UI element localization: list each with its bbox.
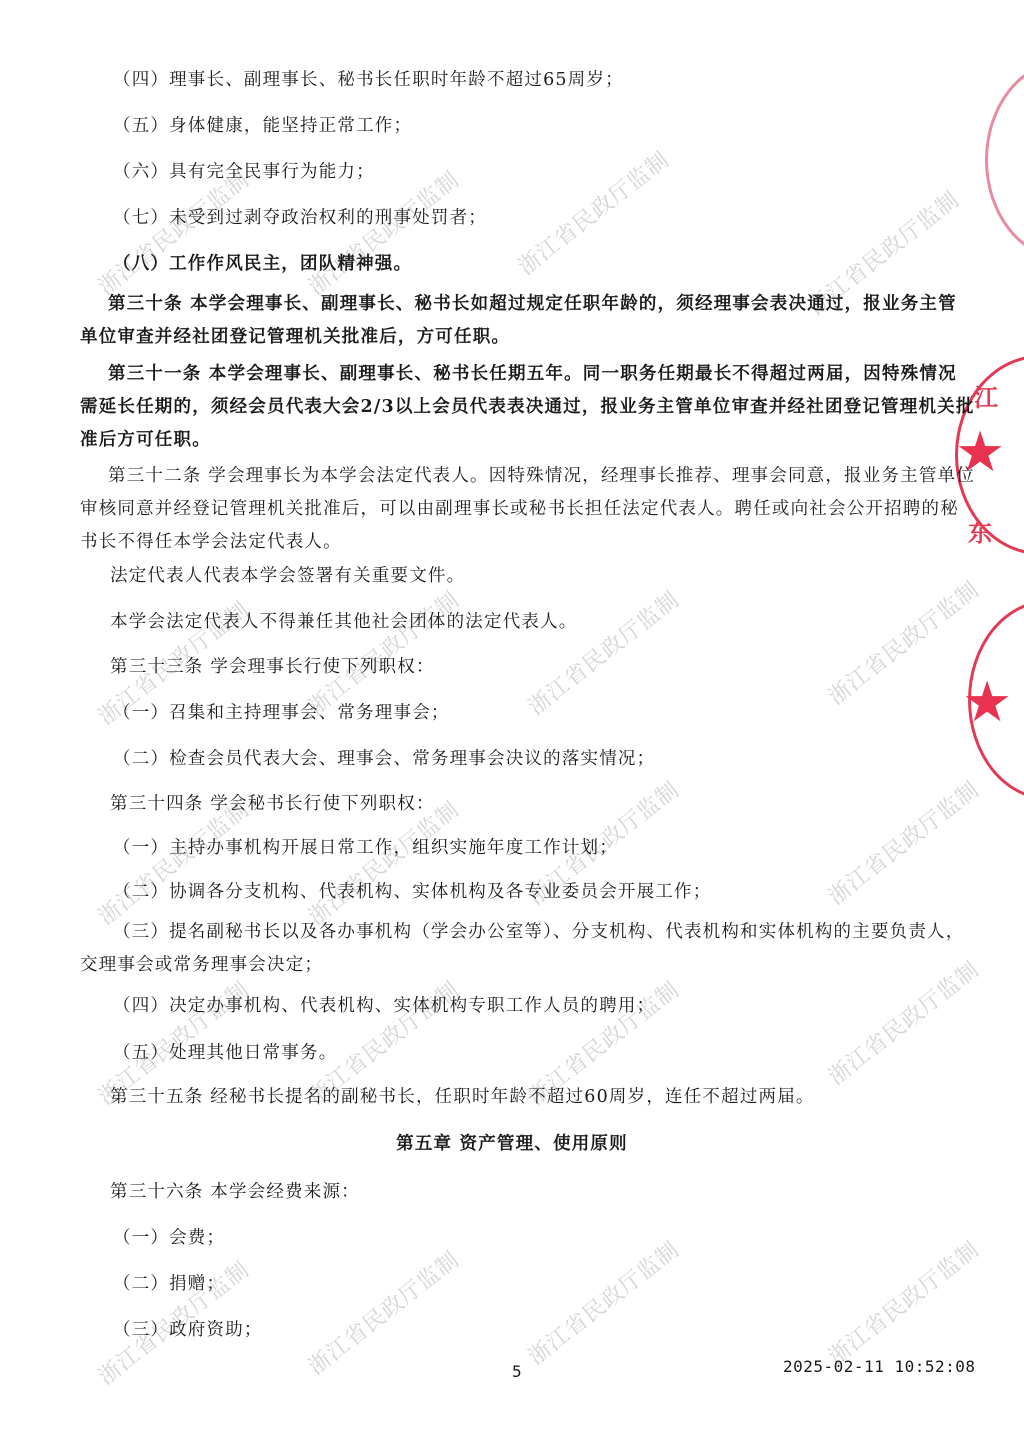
article-30: 第三十条 本学会理事长、副理事长、秘书长如超过规定任职年龄的，须经理事会表决通过… [80,288,975,354]
seal-star-icon: ★ [962,675,1012,731]
list-item: （一）会费； [113,1228,225,1248]
seal-char: 江 [974,378,998,413]
article-34-title: 第三十四条 学会秘书长行使下列职权： [110,794,435,814]
list-item: （四）决定办事机构、代表机构、实体机构专职工作人员的聘用； [113,996,655,1016]
article-33-title: 第三十三条 学会理事长行使下列职权： [110,657,435,677]
list-item: （七）未受到过剥夺政治权利的刑事处罚者； [113,208,487,228]
list-item: （二）捐赠； [113,1274,225,1294]
watermark: 浙江省民政厅监制 [821,773,985,911]
list-item: （八）工作作风民主，团队精神强。 [113,254,412,274]
timestamp: 2025-02-11 10:52:08 [783,1357,976,1376]
official-seal-stamp [985,60,1024,260]
watermark: 浙江省民政厅监制 [301,583,465,721]
list-item: （四）理事长、副理事长、秘书长任职时年龄不超过65周岁； [113,70,624,90]
chapter-title: 第五章 资产管理、使用原则 [0,1134,1024,1154]
page-number: 5 [512,1362,522,1381]
list-item: （一）主持办事机构开展日常工作，组织实施年度工作计划； [113,838,618,858]
list-item: （三）提名副秘书长以及各办事机构（学会办公室等）、分支机构、代表机构和实体机构的… [80,916,975,982]
watermark: 浙江省民政厅监制 [521,1233,685,1371]
watermark: 浙江省民政厅监制 [301,1243,465,1381]
list-item: （五）处理其他日常事务。 [113,1043,337,1063]
watermark: 浙江省民政厅监制 [91,163,255,301]
paragraph: 本学会法定代表人不得兼任其他社会团体的法定代表人。 [110,612,578,632]
document-page: 浙江省民政厅监制 浙江省民政厅监制 浙江省民政厅监制 浙江省民政厅监制 浙江省民… [0,0,1024,1439]
list-item: （六）具有完全民事行为能力； [113,162,375,182]
watermark: 浙江省民政厅监制 [511,143,675,281]
list-item: （二）检查会员代表大会、理事会、常务理事会决议的落实情况； [113,749,655,769]
article-31: 第三十一条 本学会理事长、副理事长、秘书长任期五年。同一职务任期最长不得超过两届… [80,358,975,457]
watermark: 浙江省民政厅监制 [521,583,685,721]
article-35: 第三十五条 经秘书长提名的副秘书长，任职时年龄不超过60周岁，连任不超过两届。 [110,1087,815,1107]
article-32: 第三十二条 学会理事长为本学会法定代表人。因特殊情况，经理事长推荐、理事会同意，… [80,460,975,559]
list-item: （一）召集和主持理事会、常务理事会； [113,703,450,723]
list-item: （五）身体健康，能坚持正常工作； [113,116,412,136]
watermark: 浙江省民政厅监制 [301,163,465,301]
watermark: 浙江省民政厅监制 [821,573,985,711]
watermark: 浙江省民政厅监制 [821,1233,985,1371]
list-item: （二）协调各分支机构、代表机构、实体机构及各专业委员会开展工作； [113,882,711,902]
list-item: （三）政府资助； [113,1320,263,1340]
paragraph: 法定代表人代表本学会签署有关重要文件。 [110,566,465,586]
article-36-title: 第三十六条 本学会经费来源： [110,1182,360,1202]
